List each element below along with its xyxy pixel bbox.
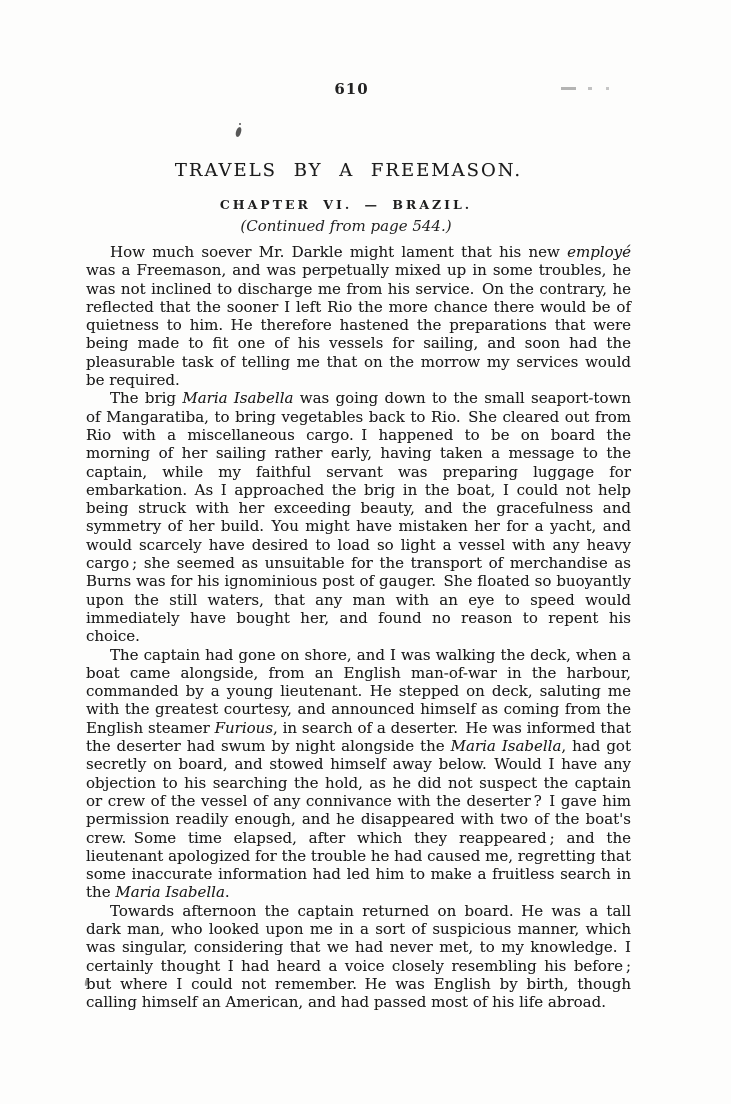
page-number: 610 — [79, 80, 624, 98]
article-body: How much soever Mr. Darkle might lament … — [86, 243, 631, 1011]
scan-artifact-ink-dot — [239, 123, 241, 125]
chapter-heading: CHAPTER VI. — BRAZIL. — [66, 197, 626, 212]
paragraph: The brig Maria Isabella was going down t… — [86, 389, 631, 645]
paragraph: Towards afternoon the captain returned o… — [86, 902, 631, 1012]
scanned-page: 610 TRAVELS BY A FREEMASON. CHAPTER VI. … — [0, 0, 731, 1104]
article-title: TRAVELS BY A FREEMASON. — [66, 160, 631, 181]
paragraph: How much soever Mr. Darkle might lament … — [86, 243, 631, 389]
paragraph: The captain had gone on shore, and I was… — [86, 646, 631, 902]
continuation-note: (Continued from page 544.) — [66, 217, 626, 235]
scan-artifact-ink-mark — [235, 127, 242, 138]
